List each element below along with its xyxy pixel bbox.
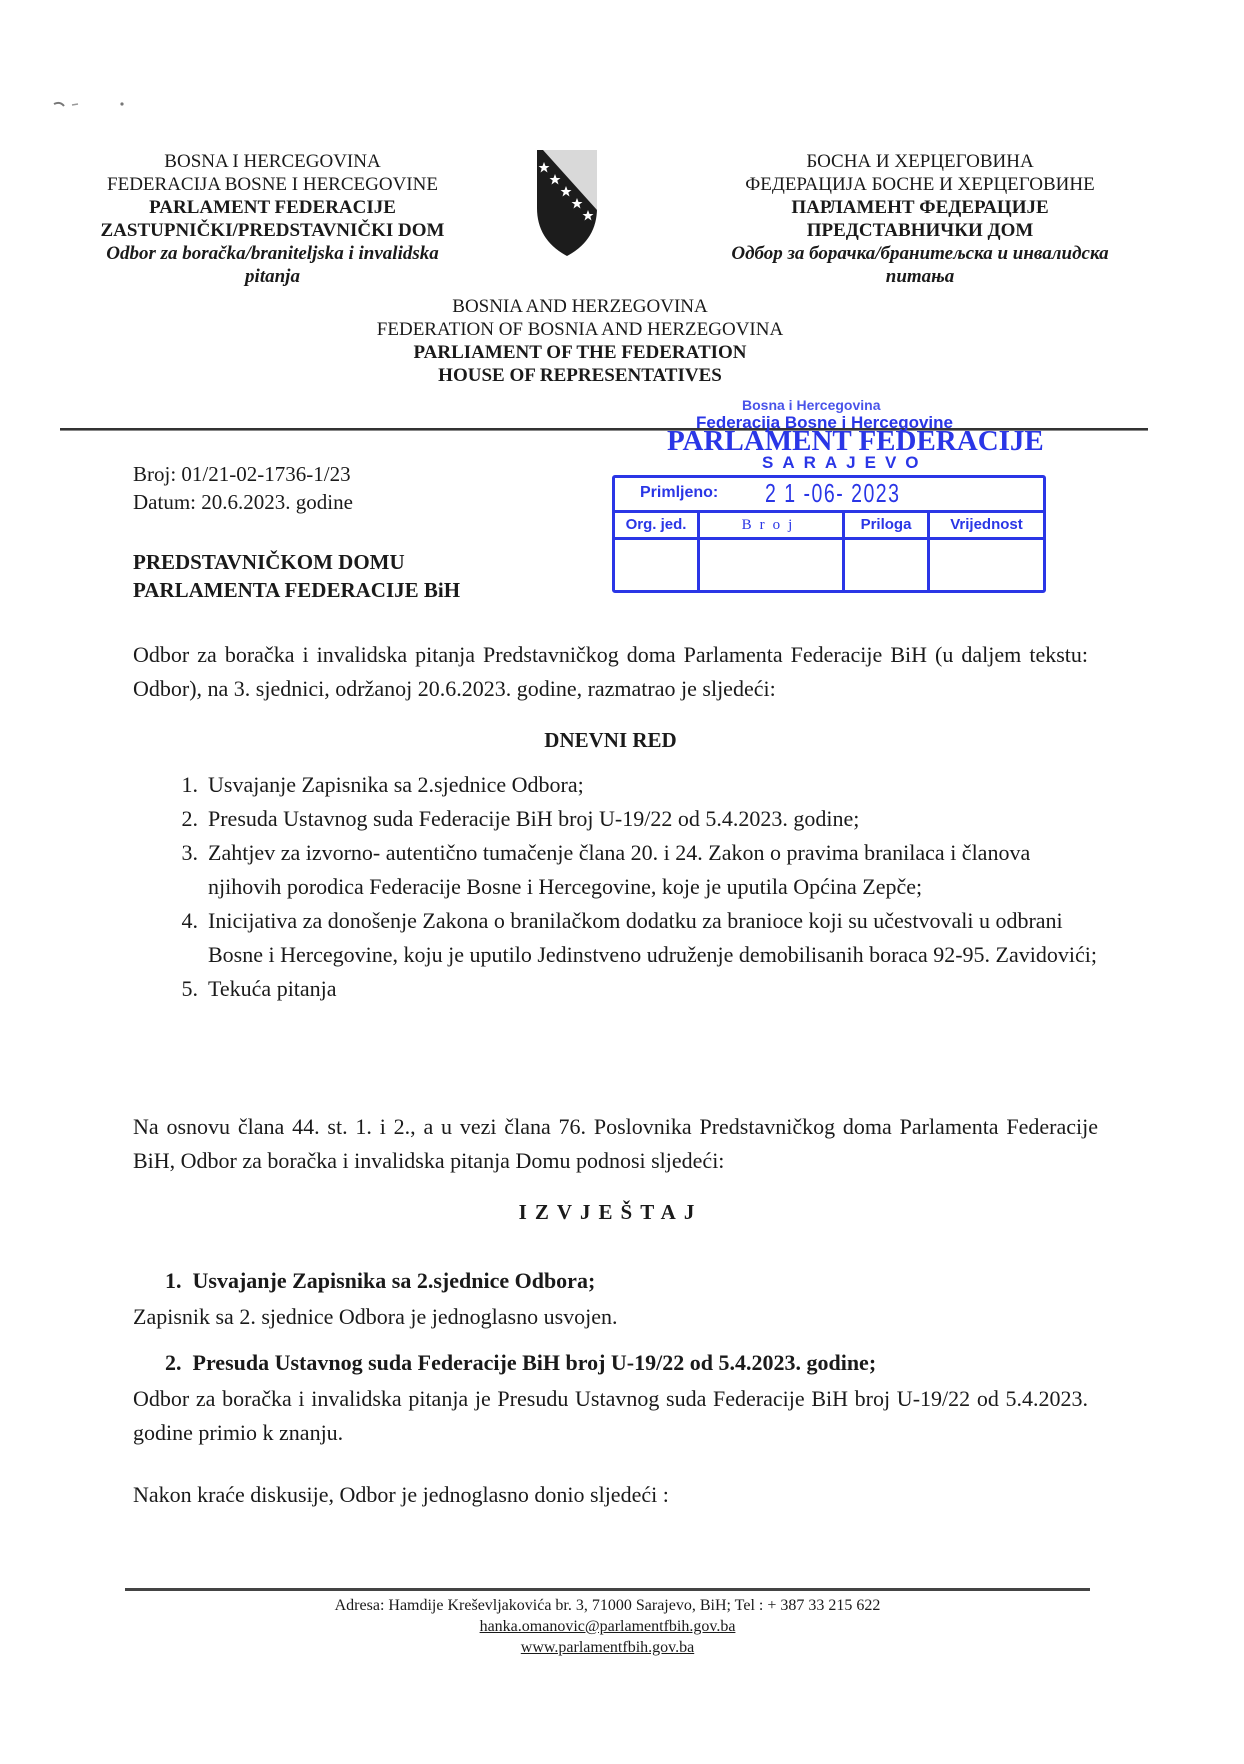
federation-name-cyrillic: ФЕДЕРАЦИЈА БОСНЕ И ХЕРЦЕГОВИНЕ [700, 173, 1140, 196]
footer-website-link[interactable]: www.parlamentfbih.gov.ba [521, 1639, 694, 1656]
report-section-2-heading: 2. Presuda Ustavnog suda Federacije BiH … [165, 1350, 876, 1376]
committee-name-cont: pitanja [70, 265, 475, 288]
document-meta: Broj: 01/21-02-1736-1/23 Datum: 20.6.202… [133, 460, 353, 516]
stamp-cell-attachments: Priloga [845, 513, 930, 590]
house-name-cyrillic: ПРЕДСТАВНИЧКИ ДОМ [700, 219, 1140, 242]
agenda-item: 4.Inicijativa za donošenje Zakona o bran… [133, 904, 1098, 972]
parliament-name-english: PARLIAMENT OF THE FEDERATION [330, 341, 830, 364]
country-name-english: BOSNIA AND HERZEGOVINA [330, 295, 830, 318]
agenda-item-text: Presuda Ustavnog suda Federacije BiH bro… [208, 802, 1098, 836]
stamp-cell-number: Broj [700, 513, 845, 590]
parliament-name: PARLAMENT FEDERACIJE [70, 196, 475, 219]
stamp-cell-value: Vrijednost [930, 513, 1043, 590]
report-section-2-text: Odbor za boračka i invalidska pitanja je… [133, 1382, 1088, 1450]
committee-name-cyrillic: Одбор за борачка/бранитељска и инвалидск… [700, 242, 1140, 265]
committee-name: Odbor za boračka/braniteljska i invalids… [70, 242, 475, 265]
stamp-col-org: Org. jed. [615, 513, 697, 540]
stamp-col-number: Broj [700, 513, 842, 540]
stamp-col-attachments: Priloga [845, 513, 927, 540]
stamp-table: Primljeno: 2 1 -06- 2023 Org. jed. Broj … [612, 475, 1046, 593]
agenda-item-number: 3. [133, 836, 208, 904]
intro-paragraph: Odbor za boračka i invalidska pitanja Pr… [133, 638, 1088, 706]
agenda-item-number: 5. [133, 972, 208, 1006]
stamp-country: Bosna i Hercegovina [742, 397, 881, 413]
agenda-item: 2.Presuda Ustavnog suda Federacije BiH b… [133, 802, 1098, 836]
agenda-item: 3.Zahtjev za izvorno- autentično tumačen… [133, 836, 1098, 904]
report-title: IZVJEŠTAJ [133, 1200, 1088, 1225]
agenda-title: DNEVNI RED [133, 728, 1088, 753]
agenda-item-number: 1. [133, 768, 208, 802]
footer-address: Adresa: Hamdije Kreševljakovića br. 3, 7… [125, 1595, 1090, 1616]
addressee-line1: PREDSTAVNIČKOM DOMU [133, 548, 460, 576]
stamp-received-row: Primljeno: 2 1 -06- 2023 [615, 478, 1043, 513]
footer: Adresa: Hamdije Kreševljakovića br. 3, 7… [125, 1595, 1090, 1658]
stamp-received-date: 2 1 -06- 2023 [765, 478, 901, 509]
stamp-col-value: Vrijednost [930, 513, 1043, 540]
federation-name-english: FEDERATION OF BOSNIA AND HERZEGOVINA [330, 318, 830, 341]
agenda-item-number: 4. [133, 904, 208, 972]
agenda-item-number: 2. [133, 802, 208, 836]
federation-name: FEDERACIJA BOSNE I HERCEGOVINE [70, 173, 475, 196]
parliament-name-cyrillic: ПАРЛАМЕНТ ФЕДЕРАЦИЈЕ [700, 196, 1140, 219]
letterhead-english: BOSNIA AND HERZEGOVINA FEDERATION OF BOS… [330, 295, 830, 387]
scan-artifact-mark [50, 98, 140, 118]
committee-name-cyrillic-cont: питања [700, 265, 1140, 288]
agenda-item-text: Inicijativa za donošenje Zakona o branil… [208, 904, 1098, 972]
agenda-item: 5.Tekuća pitanja [133, 972, 1098, 1006]
letterhead-cyrillic: БОСНА И ХЕРЦЕГОВИНА ФЕДЕРАЦИЈА БОСНЕ И Х… [700, 150, 1140, 288]
stamp-cell-org: Org. jed. [615, 513, 700, 590]
country-name: BOSNA I HERCEGOVINA [70, 150, 475, 173]
country-name-cyrillic: БОСНА И ХЕРЦЕГОВИНА [700, 150, 1140, 173]
addressee-line2: PARLAMENTA FEDERACIJE BiH [133, 576, 460, 604]
agenda-item-text: Tekuća pitanja [208, 972, 1098, 1006]
document-date: Datum: 20.6.2023. godine [133, 488, 353, 516]
addressee: PREDSTAVNIČKOM DOMU PARLAMENTA FEDERACIJ… [133, 548, 460, 604]
receipt-stamp: Bosna i Hercegovina Federacija Bosne i H… [612, 395, 1044, 595]
bih-coat-of-arms-icon [535, 148, 599, 258]
agenda-item: 1.Usvajanje Zapisnika sa 2.sjednice Odbo… [133, 768, 1098, 802]
agenda-list: 1.Usvajanje Zapisnika sa 2.sjednice Odbo… [133, 768, 1098, 1006]
stamp-city: SARAJEVO [762, 453, 928, 473]
closing-paragraph: Nakon kraće diskusije, Odbor je jednogla… [133, 1478, 669, 1512]
agenda-item-text: Usvajanje Zapisnika sa 2.sjednice Odbora… [208, 768, 1098, 802]
house-name: ZASTUPNIČKI/PREDSTAVNIČKI DOM [70, 219, 475, 242]
agenda-item-text: Zahtjev za izvorno- autentično tumačenje… [208, 836, 1098, 904]
document-number: Broj: 01/21-02-1736-1/23 [133, 460, 353, 488]
report-section-1-text: Zapisnik sa 2. sjednice Odbora je jednog… [133, 1300, 618, 1334]
stamp-received-label: Primljeno: [640, 484, 718, 502]
house-name-english: HOUSE OF REPRESENTATIVES [330, 364, 830, 387]
footer-divider [125, 1588, 1090, 1591]
footer-email-link[interactable]: hanka.omanovic@parlamentfbih.gov.ba [480, 1618, 736, 1635]
legal-basis-paragraph: Na osnovu člana 44. st. 1. i 2., a u vez… [133, 1110, 1098, 1178]
letterhead-bosnian: BOSNA I HERCEGOVINA FEDERACIJA BOSNE I H… [70, 150, 475, 288]
report-section-1-heading: 1. Usvajanje Zapisnika sa 2.sjednice Odb… [165, 1268, 595, 1294]
